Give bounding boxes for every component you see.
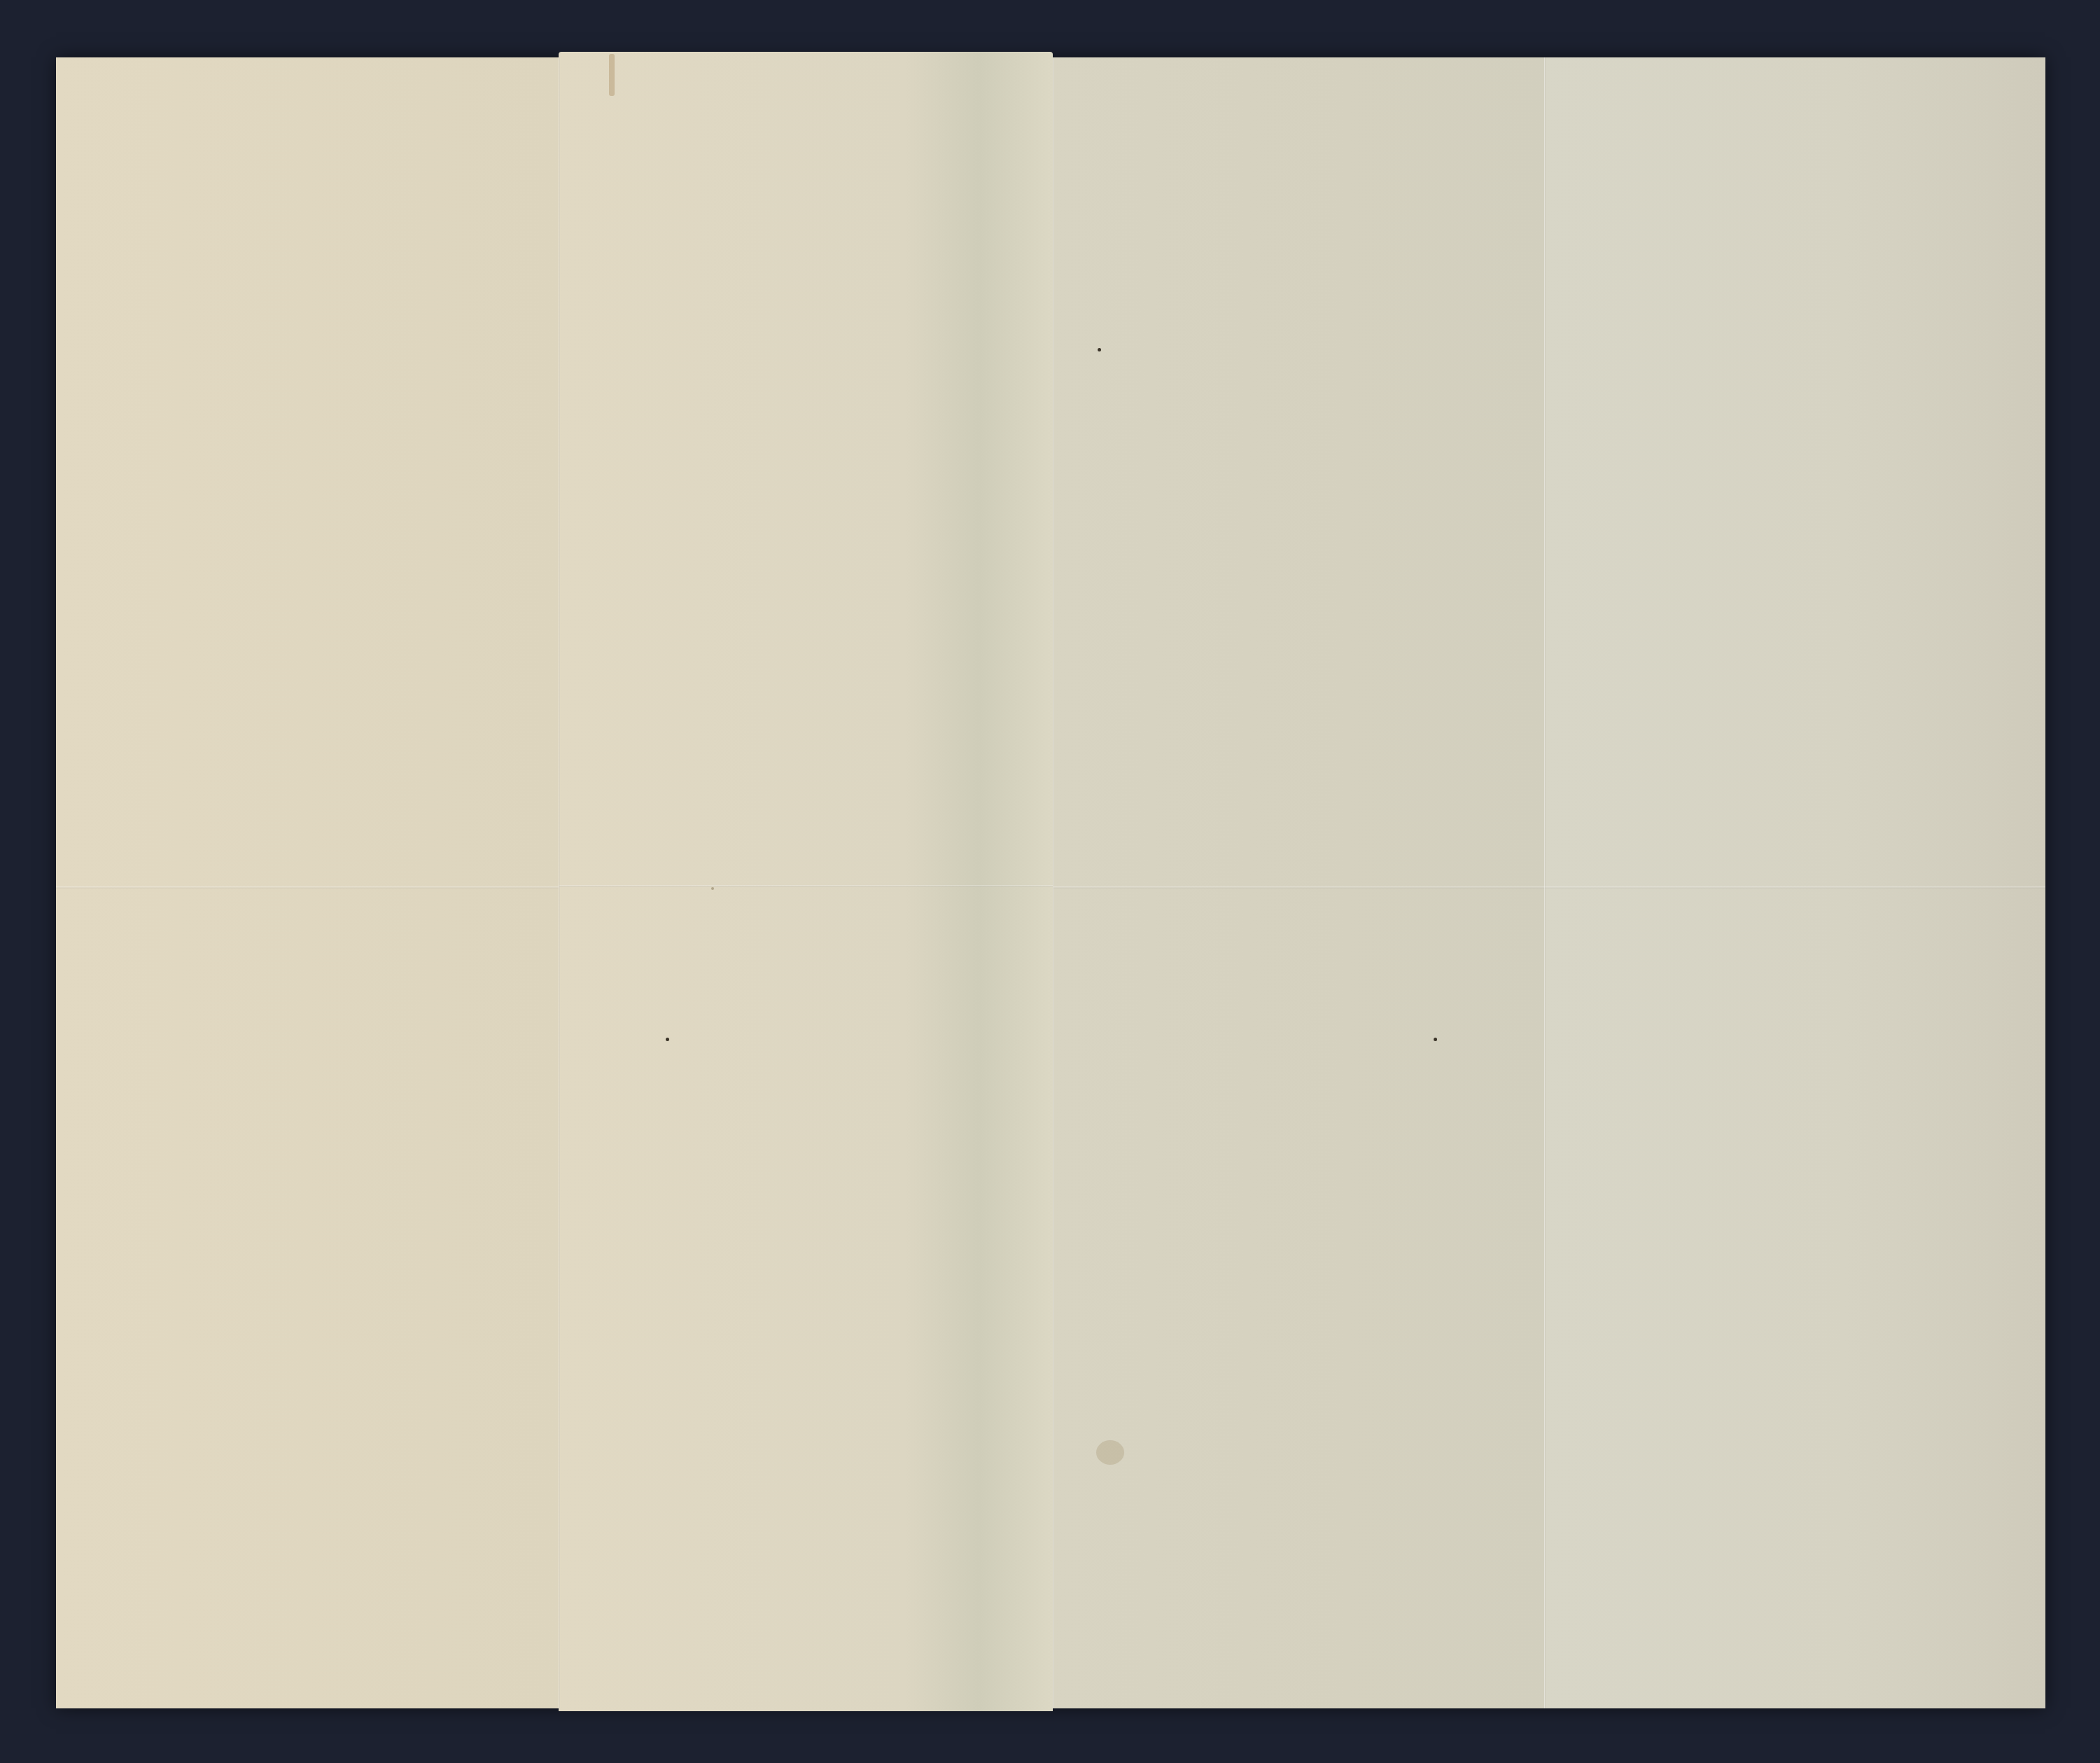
paper-speck xyxy=(666,1038,669,1041)
foxing-mark xyxy=(1096,1440,1124,1465)
paper-panel-2 xyxy=(559,52,1053,1711)
paper-sheet xyxy=(56,57,2045,1708)
paper-speck xyxy=(711,887,714,890)
edge-stain xyxy=(609,54,615,96)
vertical-fold xyxy=(1544,57,1546,1708)
paper-speck xyxy=(1434,1038,1437,1041)
vertical-fold xyxy=(1053,57,1054,1708)
paper-speck xyxy=(1098,348,1101,351)
paper-panel-1 xyxy=(56,57,559,1708)
paper-panel-3 xyxy=(1053,57,1544,1708)
paper-panel-4 xyxy=(1544,57,2045,1708)
vertical-fold xyxy=(559,57,560,1708)
